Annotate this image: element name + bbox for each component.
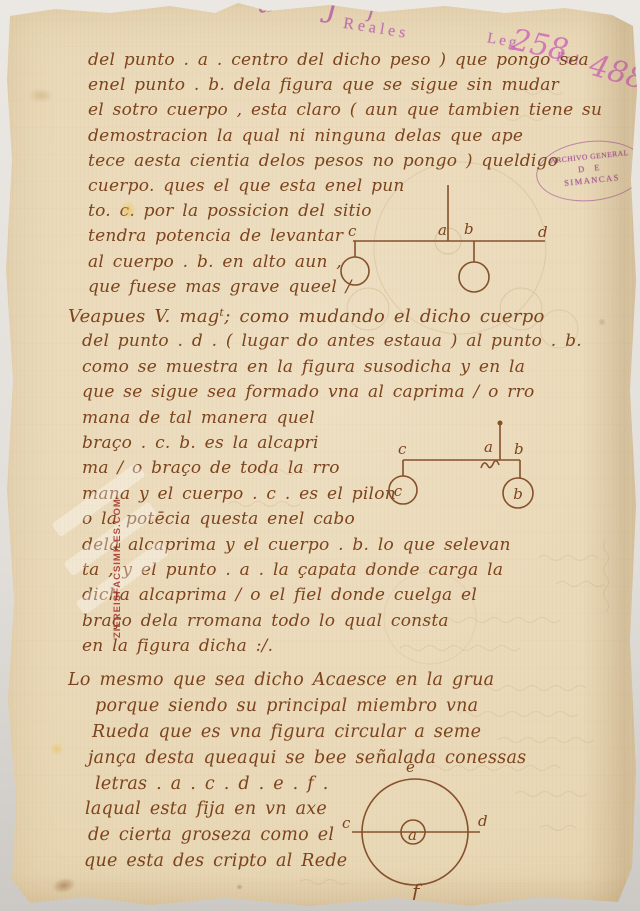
diagram-label-a: a: [408, 826, 417, 844]
manuscript-line: Lo mesmo que sea dicho Acaesce en la gru…: [68, 670, 526, 696]
paper-sheet: u J ſ Reales Leg 258 Fol 488 ARCHIVO GEN…: [0, 0, 640, 911]
ink-speck: [236, 884, 243, 890]
balance-diagram-1: c a b d: [338, 176, 553, 311]
balance-diagram-2: c a b c b: [386, 416, 536, 531]
manuscript-line: tece aesta cientia delos pesos no pongo …: [88, 151, 602, 176]
diagram-label-c: c: [348, 222, 357, 240]
manuscript-line: el sotro cuerpo , esta claro ( aun que t…: [88, 100, 602, 125]
manuscript-scan: u J ſ Reales Leg 258 Fol 488 ARCHIVO GEN…: [0, 0, 640, 911]
manuscript-line: enel punto . b. dela figura que se sigue…: [88, 75, 602, 100]
manuscript-line: demostracion la qual ni ninguna delas qu…: [88, 126, 602, 151]
weight-label-c: c: [394, 482, 403, 500]
manuscript-line: dicha alcaprima / o el fiel donde cuelga…: [82, 585, 582, 610]
diagram-label-f: f: [410, 879, 423, 903]
manuscript-line: como se muestra en la figura susodicha y…: [82, 357, 582, 382]
manuscript-line: del punto . a . centro del dicho peso ) …: [88, 50, 602, 75]
manuscript-line: en la figura dicha :/.: [82, 636, 582, 661]
manuscript-line: del punto . d . ( lugar do antes estaua …: [82, 331, 582, 356]
diagram-label-c: c: [342, 814, 351, 832]
foxing-spot: [598, 318, 606, 326]
ink-smudge: [51, 876, 78, 896]
wheel-diagram: e c d a f: [336, 756, 526, 911]
top-script-mark: J: [325, 0, 339, 25]
diagram-label-c: c: [398, 440, 407, 458]
reales-stamp: Reales: [342, 15, 411, 43]
manuscript-line: Rueda que es vna figura circular a seme: [92, 722, 526, 748]
manuscript-line: porque siendo su principal miembro vna: [95, 696, 526, 722]
foxing-spot: [28, 88, 54, 103]
manuscript-line: ta , y el punto . a . la çapata donde ca…: [82, 560, 582, 585]
diagram-label-d: d: [478, 812, 488, 830]
diagram-label-a: a: [484, 438, 493, 456]
weight-label-b: b: [513, 485, 523, 503]
diagram-label-d: d: [538, 223, 548, 241]
watermark-text: ZIEREISFACSIMILES.COM: [112, 488, 123, 638]
top-script-mark: u: [254, 0, 275, 20]
manuscript-line: braço dela rromana todo lo qual consta: [82, 611, 582, 636]
diagram-label-b: b: [464, 220, 474, 238]
yellow-stain: [50, 742, 64, 756]
manuscript-line: que se sigue sea formado vna al caprima …: [82, 382, 582, 407]
diagram-label-e: e: [406, 758, 415, 776]
diagram-label-b: b: [514, 440, 524, 458]
diagram-label-a: a: [438, 221, 447, 239]
